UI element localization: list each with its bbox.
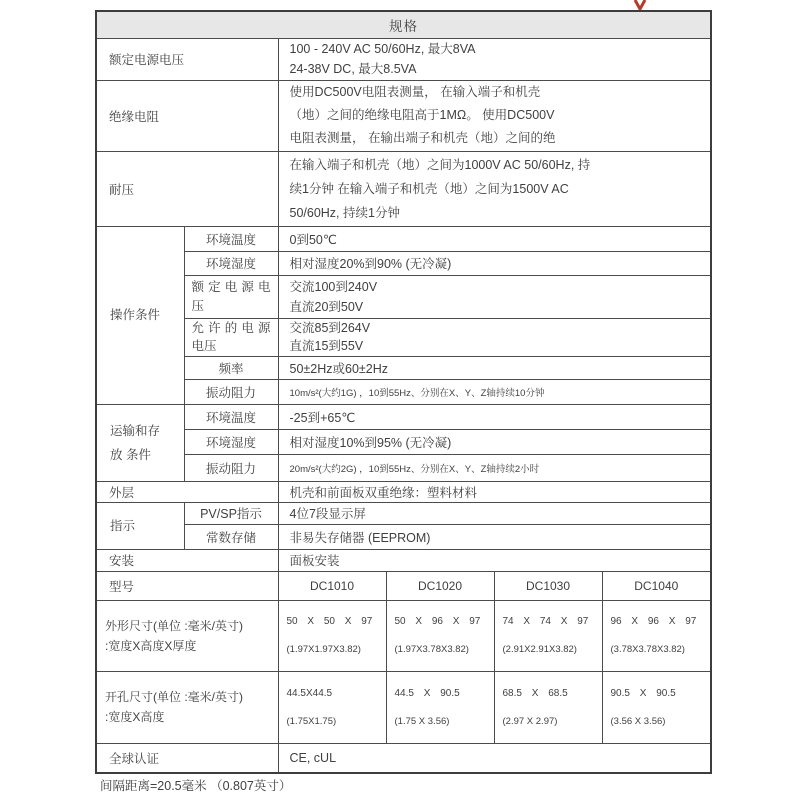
dim-mm: 90.5 X 90.5	[611, 688, 711, 699]
insulation-label: 绝缘电阻	[96, 80, 278, 151]
pvsp-value: 4位7段显示屏	[278, 502, 711, 524]
cutout-label: 开孔尺寸(单位 :毫米/英寸) :宽度X高度	[96, 671, 278, 743]
certification-value: CE, cUL	[278, 743, 711, 773]
operating-vibration-label: 振动阻力	[184, 379, 278, 404]
exterior-label: 外层	[96, 481, 278, 502]
value-line: 直流20到50V	[290, 297, 711, 317]
rated-power-line: 100 - 240V AC 50/60Hz, 最大8VA	[290, 39, 711, 59]
dim-inch: (2.91X2.91X3.82)	[503, 644, 602, 655]
model-name: DC1020	[386, 571, 494, 600]
dim-mm: 96 X 96 X 97	[611, 616, 711, 627]
withstand-line: 续1分钟 在输入端子和机壳（地）之间为1500V AC	[290, 177, 711, 201]
exterior-value: 机壳和前面板双重绝缘：塑料材料	[278, 481, 711, 502]
model-name: DC1010	[278, 571, 386, 600]
value-line: 交流100到240V	[290, 277, 711, 297]
storage-temp-value: -25到+65℃	[278, 404, 711, 429]
label-line: 压	[192, 297, 271, 316]
dim-inch: (1.97X1.97X3.82)	[287, 644, 386, 655]
outline-dim-dc1020: 50 X 96 X 97 (1.97X3.78X3.82)	[386, 600, 494, 671]
cutout-dim-dc1020: 44.5 X 90.5 (1.75 X 3.56)	[386, 671, 494, 743]
dim-inch: (1.75X1.75)	[287, 716, 386, 727]
label-line: 放 条件	[110, 443, 184, 467]
label-line: 开孔尺寸(单位 :毫米/英寸)	[105, 687, 278, 707]
dim-mm: 68.5 X 68.5	[503, 688, 602, 699]
cutout-dim-dc1010: 44.5X44.5 (1.75X1.75)	[278, 671, 386, 743]
model-label: 型号	[96, 571, 278, 600]
value-line: 交流85到264V	[290, 319, 711, 337]
storage-temp-label: 环境温度	[184, 404, 278, 429]
rated-power-label: 额定电源电压	[96, 38, 278, 80]
withstand-line: 50/60Hz, 持续1分钟	[290, 201, 711, 225]
storage-vibration-label: 振动阻力	[184, 454, 278, 481]
label-line: 外形尺寸(单位 :毫米/英寸)	[105, 616, 278, 636]
label-line: 电压	[192, 337, 271, 355]
operating-allowable-voltage-value: 交流85到264V 直流15到55V	[278, 318, 711, 356]
indication-group-label: 指示	[96, 502, 184, 549]
operating-humidity-value: 相对湿度20%到90% (无冷凝)	[278, 251, 711, 275]
label-line: 额定电源电	[192, 278, 271, 297]
operating-humidity-label: 环境湿度	[184, 251, 278, 275]
rated-power-value: 100 - 240V AC 50/60Hz, 最大8VA 24-38V DC, …	[278, 38, 711, 80]
red-pen-mark-path	[635, 0, 645, 9]
cutout-dim-dc1030: 68.5 X 68.5 (2.97 X 2.97)	[494, 671, 602, 743]
operating-frequency-label: 频率	[184, 356, 278, 379]
outline-dim-dc1030: 74 X 74 X 97 (2.91X2.91X3.82)	[494, 600, 602, 671]
operating-vibration-value: 10m/s²(大约1G) ，10到55Hz、分别在X、Y、Z轴持续10分钟	[278, 379, 711, 404]
spacing-footnote: 间隔距离=20.5毫米 （0.807英寸）	[100, 776, 291, 794]
operating-rated-voltage-label: 额定电源电 压	[184, 275, 278, 318]
table-title: 规格	[96, 11, 711, 38]
rated-power-line: 24-38V DC, 最大8.5VA	[290, 59, 711, 79]
insulation-line: 电阻表测量， 在输出端子和机壳（地）之间的绝	[290, 127, 711, 150]
storage-humidity-label: 环境湿度	[184, 429, 278, 454]
storage-group-label: 运输和存 放 条件	[96, 404, 184, 481]
operating-frequency-value: 50±2Hz或60±2Hz	[278, 356, 711, 379]
dim-mm: 44.5 X 90.5	[395, 688, 494, 699]
model-name: DC1040	[602, 571, 711, 600]
outline-dim-dc1040: 96 X 96 X 97 (3.78X3.78X3.82)	[602, 600, 711, 671]
dim-mm: 50 X 96 X 97	[395, 616, 494, 627]
dim-inch: (1.75 X 3.56)	[395, 716, 494, 727]
operating-temp-value: 0到50℃	[278, 226, 711, 251]
dim-mm: 74 X 74 X 97	[503, 616, 602, 627]
operating-allowable-voltage-label: 允许的电源 电压	[184, 318, 278, 356]
mounting-value: 面板安装	[278, 549, 711, 571]
label-line: :宽度X高度X厚度	[105, 636, 278, 656]
dim-inch: (2.97 X 2.97)	[503, 716, 602, 727]
storage-vibration-value: 20m/s²(大约2G) ，10到55Hz、分别在X、Y、Z轴持续2小时	[278, 454, 711, 481]
operating-rated-voltage-value: 交流100到240V 直流20到50V	[278, 275, 711, 318]
insulation-line: 使用DC500V电阻表测量， 在输入端子和机壳	[290, 81, 711, 104]
cutout-dim-dc1040: 90.5 X 90.5 (3.56 X 3.56)	[602, 671, 711, 743]
insulation-line: （地）之间的绝缘电阻高于1MΩ。 使用DC500V	[290, 104, 711, 127]
outline-label: 外形尺寸(单位 :毫米/英寸) :宽度X高度X厚度	[96, 600, 278, 671]
value-line: 直流15到55V	[290, 337, 711, 355]
storage-humidity-value: 相对湿度10%到95% (无冷凝)	[278, 429, 711, 454]
memory-label: 常数存储	[184, 524, 278, 549]
dim-mm: 50 X 50 X 97	[287, 616, 386, 627]
mounting-label: 安装	[96, 549, 278, 571]
model-name: DC1030	[494, 571, 602, 600]
label-line: :宽度X高度	[105, 707, 278, 727]
dim-inch: (3.56 X 3.56)	[611, 716, 711, 727]
withstand-label: 耐压	[96, 151, 278, 226]
label-line: 允许的电源	[192, 319, 271, 337]
pvsp-label: PV/SP指示	[184, 502, 278, 524]
specification-table: 规格 额定电源电压 100 - 240V AC 50/60Hz, 最大8VA 2…	[95, 10, 712, 774]
insulation-value: 使用DC500V电阻表测量， 在输入端子和机壳 （地）之间的绝缘电阻高于1MΩ。…	[278, 80, 711, 151]
operating-temp-label: 环境温度	[184, 226, 278, 251]
certification-label: 全球认证	[96, 743, 278, 773]
spec-sheet-page: 规格 额定电源电压 100 - 240V AC 50/60Hz, 最大8VA 2…	[0, 0, 800, 800]
dim-inch: (1.97X3.78X3.82)	[395, 644, 494, 655]
outline-dim-dc1010: 50 X 50 X 97 (1.97X1.97X3.82)	[278, 600, 386, 671]
memory-value: 非易失存储器 (EEPROM)	[278, 524, 711, 549]
operating-group-label: 操作条件	[96, 226, 184, 404]
withstand-line: 在输入端子和机壳（地）之间为1000V AC 50/60Hz, 持	[290, 153, 711, 177]
dim-mm: 44.5X44.5	[287, 688, 386, 699]
withstand-value: 在输入端子和机壳（地）之间为1000V AC 50/60Hz, 持 续1分钟 在…	[278, 151, 711, 226]
label-line: 运输和存	[110, 419, 184, 443]
dim-inch: (3.78X3.78X3.82)	[611, 644, 711, 655]
